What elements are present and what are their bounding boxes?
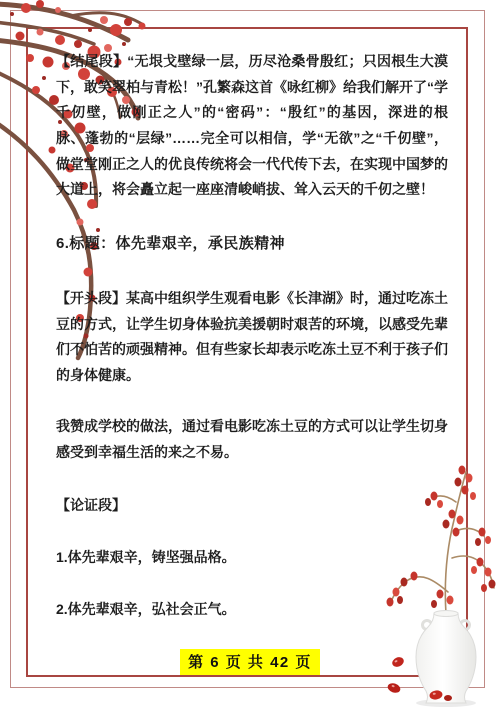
text-line: 的身体健康。 xyxy=(56,363,448,389)
text-line: 【结尾段】“无垠戈壁绿一层，历尽沧桑骨殷红；只因根生大漠 xyxy=(56,49,448,75)
text-line: 【论证段】 xyxy=(56,493,448,519)
argument-point-2: 2.体先辈艰辛，弘社会正气。 xyxy=(56,597,448,623)
text-line: 下，敢笑翠柏与青松！”孔繁森这首《咏红柳》给我们解开了“学 xyxy=(56,75,448,101)
opening-paragraph: 【开头段】某高中组织学生观看电影《长津湖》时，通过吃冻土豆的方式，让学生切身体验… xyxy=(56,286,448,389)
text-line: 我赞成学校的做法，通过看电影吃冻土豆的方式可以让学生切身 xyxy=(56,414,448,440)
text-line: 感受到幸福生活的来之不易。 xyxy=(56,440,448,466)
text-line: 们不怕苦的顽强精神。但有些家长却表示吃冻土豆不利于孩子们 xyxy=(56,337,448,363)
text-line: 2.体先辈艰辛，弘社会正气。 xyxy=(56,597,448,623)
text-line: 【开头段】某高中组织学生观看电影《长津湖》时，通过吃冻土 xyxy=(56,286,448,312)
page-footer: 第 6 页 共 42 页 xyxy=(0,649,500,675)
text-line: 大道上，将会矗立起一座座清峻峭拔、耸入云天的千仞之壁！ xyxy=(56,177,448,203)
text-line: 豆的方式，让学生切身体验抗美援朝时艰苦的环境，以感受先辈 xyxy=(56,312,448,338)
page-number-badge: 第 6 页 共 42 页 xyxy=(180,649,320,675)
text-line: 6.标题：体先辈艰辛，承民族精神 xyxy=(56,231,448,257)
argument-point-1: 1.体先辈艰辛，铸坚强品格。 xyxy=(56,545,448,571)
stance-paragraph: 我赞成学校的做法，通过看电影吃冻土豆的方式可以让学生切身感受到幸福生活的来之不易… xyxy=(56,414,448,465)
text-line: 做堂堂刚正之人的优良传统将会一代代传下去，在实现中国梦的 xyxy=(56,152,448,178)
argument-section-label: 【论证段】 xyxy=(56,493,448,519)
essay-title-line: 6.标题：体先辈艰辛，承民族精神 xyxy=(56,231,448,257)
conclusion-paragraph: 【结尾段】“无垠戈壁绿一层，历尽沧桑骨殷红；只因根生大漠下，敢笑翠柏与青松！”孔… xyxy=(56,49,448,203)
document-text-layer: 【结尾段】“无垠戈壁绿一层，历尽沧桑骨殷红；只因根生大漠下，敢笑翠柏与青松！”孔… xyxy=(0,0,500,707)
text-line: 千仞壁，做刚正之人”的“密码”：“殷红”的基因，深进的根 xyxy=(56,100,448,126)
text-line: 脉、蓬勃的“层绿”……完全可以相信，学“无欲”之“千仞壁”， xyxy=(56,126,448,152)
text-line: 1.体先辈艰辛，铸坚强品格。 xyxy=(56,545,448,571)
